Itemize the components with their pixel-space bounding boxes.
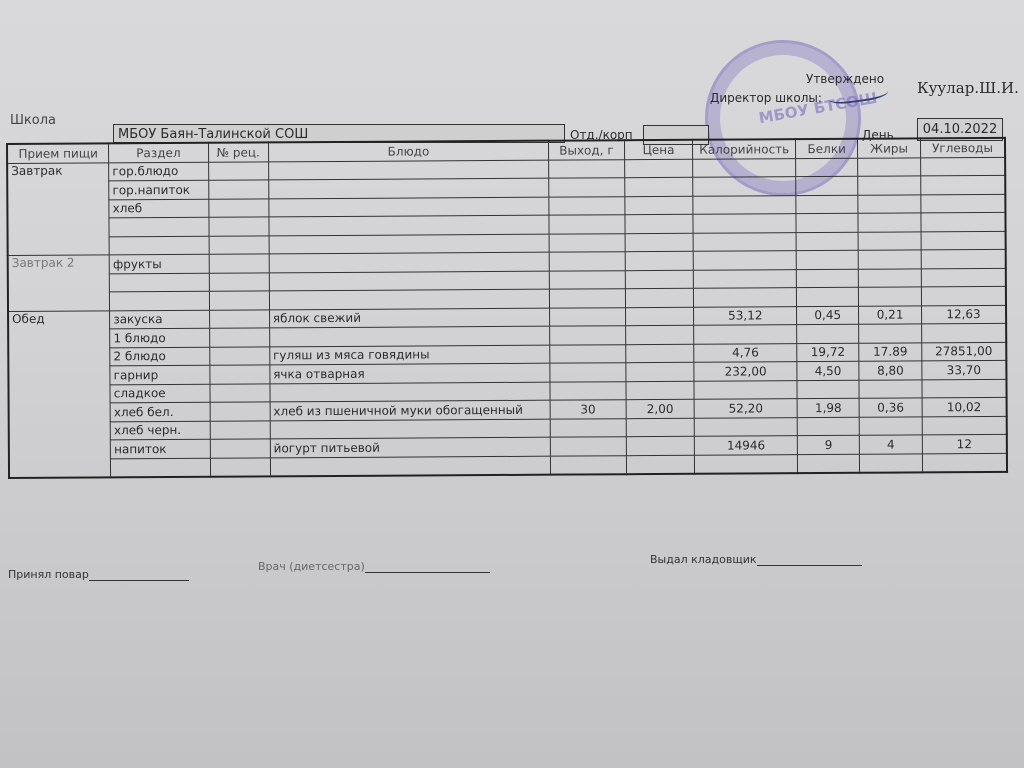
cell-carbs: [922, 379, 1007, 398]
cell-fat: 0,21: [859, 305, 922, 324]
cell-section: хлеб бел.: [110, 402, 209, 421]
cell-kcal: [694, 325, 797, 344]
cell-protein: [796, 213, 858, 232]
cell-dish: [269, 197, 549, 217]
cell-rec: [209, 346, 269, 365]
cell-protein: [796, 250, 858, 269]
cell-price: [624, 196, 693, 215]
signature-line: [757, 565, 862, 566]
cell-carbs: [921, 286, 1006, 305]
cell-rec: [210, 383, 270, 402]
cell-price: [625, 233, 694, 252]
cell-kcal: [695, 454, 798, 474]
cell-dish: йогурт питьевой: [270, 437, 550, 457]
cell-fat: 17.89: [859, 342, 922, 361]
cell-fat: [858, 268, 921, 287]
column-header: Калорийность: [693, 139, 796, 159]
cell-dish: гуляш из мяса говядины: [270, 345, 550, 365]
cell-dish: ячка отварная: [270, 363, 550, 383]
cell-protein: [797, 417, 859, 436]
cell-rec: [208, 180, 268, 199]
cell-protein: [797, 324, 859, 343]
cell-yield: [549, 196, 625, 215]
cell-yield: [550, 381, 626, 400]
column-header: № рец.: [208, 142, 268, 161]
document-page: МБОУ БТСОШ Утверждено Директор школы: Ку…: [0, 0, 1024, 768]
cell-fat: [859, 287, 922, 306]
cell-kcal: 53,12: [694, 306, 797, 325]
cell-kcal: [693, 251, 796, 270]
director-label: Директор школы:: [710, 91, 822, 105]
cell-price: [626, 381, 695, 400]
cell-rec: [209, 291, 269, 310]
cell-dish: яблок свежий: [269, 308, 549, 328]
column-header: Жиры: [858, 138, 921, 157]
cell-dish: [268, 160, 548, 180]
cell-dish: [269, 234, 549, 254]
cell-section: напиток: [111, 439, 210, 458]
signature-line: [89, 580, 189, 581]
cell-fat: 4: [859, 435, 922, 454]
cell-protein: [796, 176, 858, 195]
cell-protein: [798, 454, 860, 473]
cell-rec: [208, 198, 268, 217]
cell-section: хлеб черн.: [110, 421, 209, 440]
menu-table: Прием пищиРаздел№ рец.БлюдоВыход, гЦенаК…: [6, 137, 1008, 479]
cell-price: [624, 159, 693, 178]
cell-yield: [549, 215, 625, 234]
cook-label: Принял повар: [8, 568, 89, 581]
column-header: Раздел: [109, 143, 208, 163]
cell-fat: [858, 194, 921, 213]
doctor-signature: Врач (диетсестра): [258, 560, 490, 573]
doctor-label: Врач (диетсестра): [258, 560, 365, 573]
storekeeper-signature: Выдал кладовщик: [650, 553, 862, 566]
cell-protein: 9: [797, 435, 859, 454]
cell-dish: хлеб из пшеничной муки обогащенный: [270, 400, 550, 420]
cell-section: сладкое: [110, 384, 209, 403]
cell-kcal: [693, 214, 796, 233]
cell-price: [625, 344, 694, 363]
cell-fat: [859, 324, 922, 343]
meal-name: Обед: [8, 310, 111, 478]
cell-section: [110, 273, 209, 292]
cell-protein: [796, 195, 858, 214]
cell-carbs: 10,02: [922, 397, 1007, 416]
cell-yield: [549, 252, 625, 271]
cell-fat: [860, 453, 923, 472]
cell-rec: [210, 420, 270, 439]
cell-price: [624, 177, 693, 196]
cell-protein: [797, 287, 859, 306]
cell-fat: 0,36: [859, 398, 922, 417]
cell-protein: 1,98: [797, 398, 859, 417]
cell-price: 2,00: [626, 399, 695, 418]
cell-yield: [550, 455, 626, 474]
column-header: Прием пищи: [7, 143, 109, 163]
cell-fat: [858, 176, 921, 195]
cell-section: фрукты: [109, 254, 208, 273]
cell-dish: [269, 215, 549, 235]
cell-carbs: [921, 194, 1006, 213]
cell-yield: [550, 363, 626, 382]
cell-price: [625, 214, 694, 233]
cell-yield: [549, 178, 625, 197]
cell-dish: [268, 178, 548, 198]
cell-protein: 19,72: [797, 343, 859, 362]
cell-carbs: [921, 268, 1006, 287]
cell-yield: [550, 344, 626, 363]
cell-protein: [796, 158, 858, 177]
cell-kcal: [693, 158, 796, 177]
cell-kcal: 14946: [695, 436, 798, 455]
cell-kcal: [694, 380, 797, 399]
cell-kcal: [693, 232, 796, 251]
cell-dish: [270, 456, 550, 477]
cell-carbs: 12: [922, 434, 1007, 453]
column-header: Цена: [624, 140, 693, 159]
cell-rec: [208, 217, 268, 236]
cook-signature: Принял повар: [8, 568, 189, 581]
cell-kcal: [693, 195, 796, 214]
cell-rec: [209, 328, 269, 347]
director-name: Куулар.Ш.И.: [917, 79, 1019, 97]
cell-rec: [208, 161, 268, 180]
column-header: Выход, г: [549, 140, 625, 159]
column-header: Блюдо: [268, 141, 548, 162]
column-header: Белки: [796, 139, 858, 158]
cell-fat: [859, 416, 922, 435]
cell-protein: [797, 380, 859, 399]
cell-section: гор.напиток: [109, 180, 208, 199]
cell-dish: [270, 419, 550, 439]
cell-dish: [269, 271, 549, 291]
cell-carbs: 27851,00: [922, 342, 1007, 361]
cell-rec: [210, 457, 270, 476]
cell-section: [109, 236, 208, 255]
cell-carbs: [920, 157, 1005, 176]
cell-section: 1 блюдо: [110, 328, 209, 347]
cell-kcal: 4,76: [694, 343, 797, 362]
cell-protein: 0,45: [797, 306, 859, 325]
cell-carbs: [921, 231, 1006, 250]
meal-name: Завтрак: [7, 162, 109, 255]
cell-kcal: [694, 417, 797, 436]
cell-yield: [549, 233, 625, 252]
cell-fat: [858, 157, 921, 176]
cell-section: закуска: [110, 310, 209, 329]
cell-carbs: [921, 249, 1006, 268]
cell-fat: 8,80: [859, 361, 922, 380]
cell-kcal: 52,20: [694, 399, 797, 418]
school-label: Школа: [10, 113, 56, 128]
cell-protein: [796, 269, 858, 288]
cell-rec: [209, 254, 269, 273]
cell-fat: [858, 231, 921, 250]
cell-price: [625, 362, 694, 381]
signature-line: [365, 572, 490, 573]
cell-carbs: 12,63: [921, 305, 1006, 324]
cell-fat: [858, 213, 921, 232]
cell-yield: [550, 307, 626, 326]
cell-yield: [549, 289, 625, 308]
cell-kcal: 232,00: [694, 362, 797, 381]
cell-section: гарнир: [110, 365, 209, 384]
cell-yield: [549, 270, 625, 289]
cell-carbs: [921, 323, 1006, 342]
cell-price: [626, 436, 695, 455]
cell-price: [625, 270, 694, 289]
cell-carbs: [922, 453, 1007, 473]
cell-rec: [209, 365, 269, 384]
cell-dish: [269, 289, 549, 309]
column-header: Углеводы: [920, 138, 1005, 158]
cell-dish: [269, 252, 549, 272]
cell-protein: [796, 232, 858, 251]
cell-kcal: [694, 269, 797, 288]
cell-fat: [859, 379, 922, 398]
cell-section: [110, 291, 209, 310]
cell-rec: [210, 439, 270, 458]
cell-rec: [210, 402, 270, 421]
cell-dish: [269, 326, 549, 346]
cell-section: гор.блюдо: [109, 162, 208, 181]
cell-yield: 30: [550, 400, 626, 419]
cell-section: [111, 458, 210, 478]
cell-price: [625, 288, 694, 307]
cell-dish: [270, 382, 550, 402]
cell-price: [625, 251, 694, 270]
cell-section: хлеб: [109, 199, 208, 218]
cell-price: [625, 325, 694, 344]
cell-carbs: 33,70: [922, 360, 1007, 379]
meal-name: Завтрак 2: [8, 255, 110, 311]
cell-carbs: [921, 212, 1006, 231]
cell-section: 2 блюдо: [110, 347, 209, 366]
cell-price: [626, 418, 695, 437]
cell-price: [626, 455, 695, 474]
cell-carbs: [922, 416, 1007, 435]
cell-kcal: [694, 288, 797, 307]
cell-rec: [209, 272, 269, 291]
cell-price: [625, 307, 694, 326]
cell-kcal: [693, 177, 796, 196]
cell-rec: [209, 235, 269, 254]
cell-protein: 4,50: [797, 361, 859, 380]
cell-rec: [209, 309, 269, 328]
cell-carbs: [921, 175, 1006, 194]
cell-yield: [550, 418, 626, 437]
cell-yield: [550, 437, 626, 456]
cell-yield: [550, 326, 626, 345]
cell-yield: [549, 159, 625, 178]
cell-fat: [858, 250, 921, 269]
cell-section: [109, 217, 208, 236]
storekeeper-label: Выдал кладовщик: [650, 553, 757, 566]
